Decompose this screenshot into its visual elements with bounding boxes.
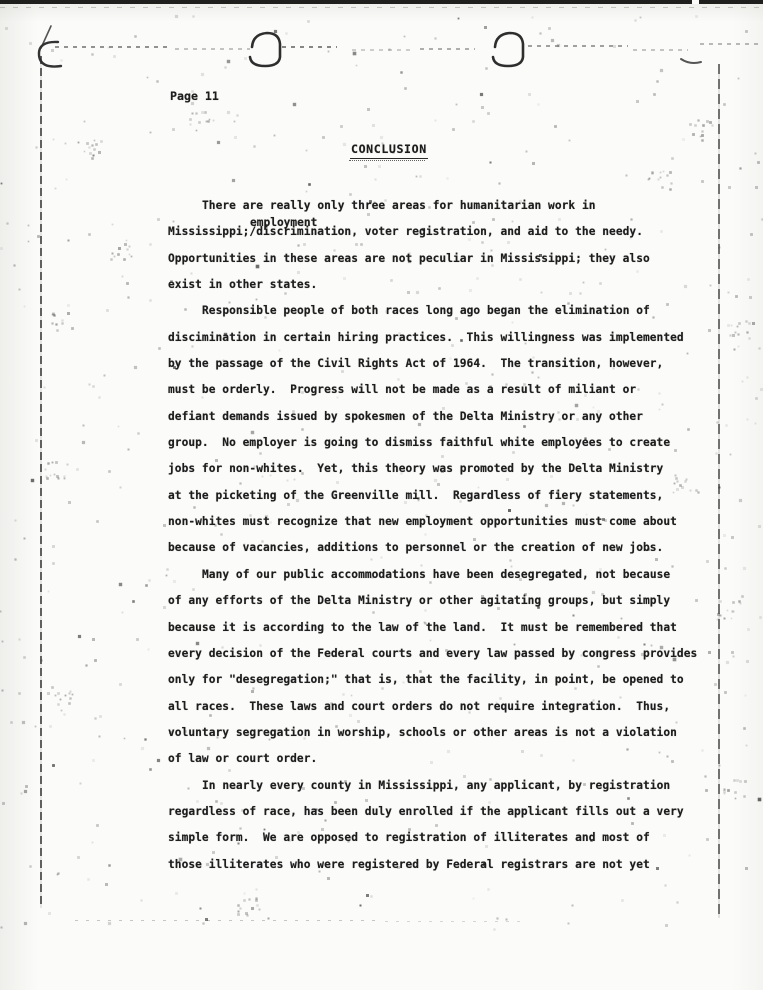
binder-clip-mark bbox=[250, 33, 280, 66]
text-line: Responsible people of both races long ag… bbox=[168, 298, 697, 324]
scan-noise-dashes bbox=[528, 45, 628, 47]
scanned-document-page: Page 11 CONCLUSION employment There are … bbox=[0, 0, 763, 990]
text-line: must be orderly. Progress will not be ma… bbox=[168, 377, 697, 403]
scan-noise-dashes bbox=[633, 49, 688, 51]
text-line: non-whites must recognize that new emplo… bbox=[168, 509, 697, 535]
document-body: There are really only three areas for hu… bbox=[168, 193, 697, 878]
text-line: of law or court order. bbox=[168, 746, 697, 772]
text-line: jobs for non-whites. Yet, this theory wa… bbox=[168, 456, 697, 482]
scan-noise-dashes bbox=[385, 921, 525, 922]
scan-fold-line-right bbox=[718, 64, 720, 918]
scan-fold-line-left bbox=[40, 56, 42, 908]
scan-noise-dashes bbox=[700, 43, 763, 45]
binder-clip-mark bbox=[493, 33, 523, 66]
page-number-label: Page 11 bbox=[170, 90, 219, 103]
scan-top-edge bbox=[0, 0, 763, 4]
text-line: because of vacancies, additions to perso… bbox=[168, 535, 697, 561]
scan-noise-dashes bbox=[282, 46, 337, 48]
scan-scratch-mark bbox=[681, 59, 701, 63]
heading-underline-dotted bbox=[349, 160, 425, 161]
text-line: all races. These laws and court orders d… bbox=[168, 694, 697, 720]
scan-noise-line bbox=[0, 7, 763, 8]
text-line: Many of our public accommodations have b… bbox=[168, 562, 697, 588]
text-line: those illiterates who were registered by… bbox=[168, 852, 697, 878]
text-line: regardless of race, has been duly enroll… bbox=[168, 799, 697, 825]
text-line: every decision of the Federal courts and… bbox=[168, 641, 697, 667]
text-line: Mississippi;/discrimination, voter regis… bbox=[168, 219, 697, 245]
text-line: discimination in certain hiring practice… bbox=[168, 325, 697, 351]
text-line: of any efforts of the Delta Ministry or … bbox=[168, 588, 697, 614]
text-line: voluntary segregation in worship, school… bbox=[168, 720, 697, 746]
scan-noise-dashes bbox=[420, 48, 475, 50]
scan-scratch-mark bbox=[41, 26, 51, 48]
text-line: by the passage of the Civil Rights Act o… bbox=[168, 351, 697, 377]
text-line: Opportunities in these areas are not pec… bbox=[168, 246, 697, 272]
scan-noise-dashes bbox=[352, 49, 412, 51]
scan-noise-dashes bbox=[75, 920, 375, 921]
text-line: only for "desegregation;" that is, that … bbox=[168, 667, 697, 693]
scan-top-edge-gap bbox=[692, 0, 699, 4]
text-line: simple form. We are opposed to registrat… bbox=[168, 825, 697, 851]
text-line: at the picketing of the Greenville mill.… bbox=[168, 483, 697, 509]
text-line: There are really only three areas for hu… bbox=[168, 193, 697, 219]
text-line: In nearly every county in Mississippi, a… bbox=[168, 773, 697, 799]
document-heading: CONCLUSION bbox=[350, 143, 428, 159]
scan-noise-dashes bbox=[55, 46, 170, 48]
text-line: defiant demands issued by spokesmen of t… bbox=[168, 404, 697, 430]
scan-speckle-noise bbox=[0, 0, 1, 1]
text-line: because it is according to the law of th… bbox=[168, 615, 697, 641]
text-line: group. No employer is going to dismiss f… bbox=[168, 430, 697, 456]
text-line: exist in other states. bbox=[168, 272, 697, 298]
scan-noise-dashes bbox=[175, 48, 250, 50]
